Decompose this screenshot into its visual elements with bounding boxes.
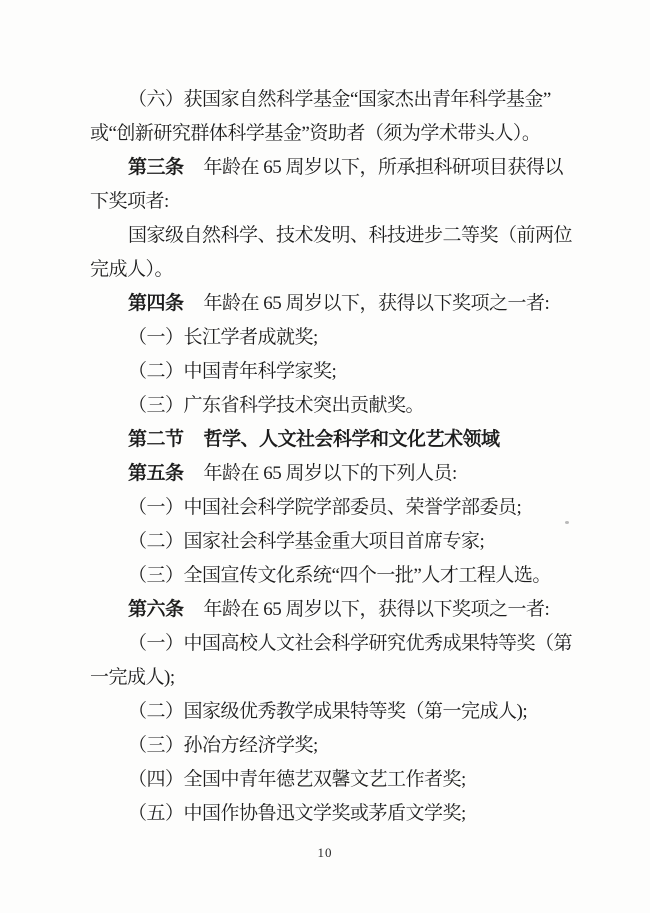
document-body: （六）获国家自然科学基金“国家杰出青年科学基金”或“创新研究群体科学基金”资助者…: [90, 83, 580, 831]
line-text: （三）孙冶方经济学奖;: [128, 735, 318, 756]
line-text: 哲学、人文社会科学和文化艺术领域: [204, 429, 500, 450]
document-line: （五）中国作协鲁迅文学奖或茅盾文学奖;: [90, 797, 580, 831]
document-line: 第三条年龄在 65 周岁以下，所承担科研项目获得以: [90, 151, 580, 185]
document-line: （六）获国家自然科学基金“国家杰出青年科学基金”: [90, 83, 580, 117]
line-text: 一完成人);: [90, 667, 175, 688]
scan-artifact-speck: [565, 521, 569, 524]
document-line: 第六条年龄在 65 周岁以下，获得以下奖项之一者:: [90, 593, 580, 627]
document-line: 第五条年龄在 65 周岁以下的下列人员:: [90, 457, 580, 491]
article-label: 第四条: [128, 293, 184, 314]
document-line: （二）国家级优秀教学成果特等奖（第一完成人);: [90, 695, 580, 729]
line-text: （一）长江学者成就奖;: [128, 327, 318, 348]
line-text: 国家级自然科学、技术发明、科技进步二等奖（前两位: [128, 225, 572, 246]
line-text: 年龄在 65 周岁以下，获得以下奖项之一者:: [204, 293, 550, 314]
document-line: （四）全国中青年德艺双馨文艺工作者奖;: [90, 763, 580, 797]
document-line: 或“创新研究群体科学基金”资助者（须为学术带头人）。: [90, 117, 580, 151]
document-line: 下奖项者:: [90, 185, 580, 219]
article-label: 第三条: [128, 157, 184, 178]
document-line: （一）中国社会科学院学部委员、荣誉学部委员;: [90, 491, 580, 525]
line-text: （六）获国家自然科学基金“国家杰出青年科学基金”: [128, 89, 551, 110]
line-text: （一）中国高校人文社会科学研究优秀成果特等奖（第: [128, 633, 572, 654]
line-text: （二）中国青年科学家奖;: [128, 361, 336, 382]
document-line: 完成人）。: [90, 253, 580, 287]
line-text: 或“创新研究群体科学基金”资助者（须为学术带头人）。: [90, 123, 540, 144]
article-label: 第五条: [128, 463, 184, 484]
document-line: 国家级自然科学、技术发明、科技进步二等奖（前两位: [90, 219, 580, 253]
document-page: （六）获国家自然科学基金“国家杰出青年科学基金”或“创新研究群体科学基金”资助者…: [0, 0, 650, 913]
line-text: （二）国家社会科学基金重大项目首席专家;: [128, 531, 484, 552]
line-text: （三）全国宣传文化系统“四个一批”人才工程人选。: [128, 565, 551, 586]
line-text: （五）中国作协鲁迅文学奖或茅盾文学奖;: [128, 803, 466, 824]
line-text: 年龄在 65 周岁以下，获得以下奖项之一者:: [204, 599, 550, 620]
line-text: （四）全国中青年德艺双馨文艺工作者奖;: [128, 769, 466, 790]
document-line: 一完成人);: [90, 661, 580, 695]
page-number: 10: [0, 845, 650, 861]
line-text: （三）广东省科学技术突出贡献奖。: [128, 395, 424, 416]
document-line: （三）孙冶方经济学奖;: [90, 729, 580, 763]
line-text: 下奖项者:: [90, 191, 169, 212]
article-label: 第二节: [128, 429, 184, 450]
document-line: 第四条年龄在 65 周岁以下，获得以下奖项之一者:: [90, 287, 580, 321]
line-text: 年龄在 65 周岁以下，所承担科研项目获得以: [204, 157, 564, 178]
document-line: （一）长江学者成就奖;: [90, 321, 580, 355]
line-text: （二）国家级优秀教学成果特等奖（第一完成人);: [128, 701, 527, 722]
line-text: 年龄在 65 周岁以下的下列人员:: [204, 463, 457, 484]
article-label: 第六条: [128, 599, 184, 620]
line-text: 完成人）。: [90, 259, 173, 280]
document-line: （二）中国青年科学家奖;: [90, 355, 580, 389]
document-line: 第二节哲学、人文社会科学和文化艺术领域: [90, 423, 580, 457]
document-line: （三）全国宣传文化系统“四个一批”人才工程人选。: [90, 559, 580, 593]
document-line: （三）广东省科学技术突出贡献奖。: [90, 389, 580, 423]
line-text: （一）中国社会科学院学部委员、荣誉学部委员;: [128, 497, 521, 518]
document-line: （二）国家社会科学基金重大项目首席专家;: [90, 525, 580, 559]
document-line: （一）中国高校人文社会科学研究优秀成果特等奖（第: [90, 627, 580, 661]
